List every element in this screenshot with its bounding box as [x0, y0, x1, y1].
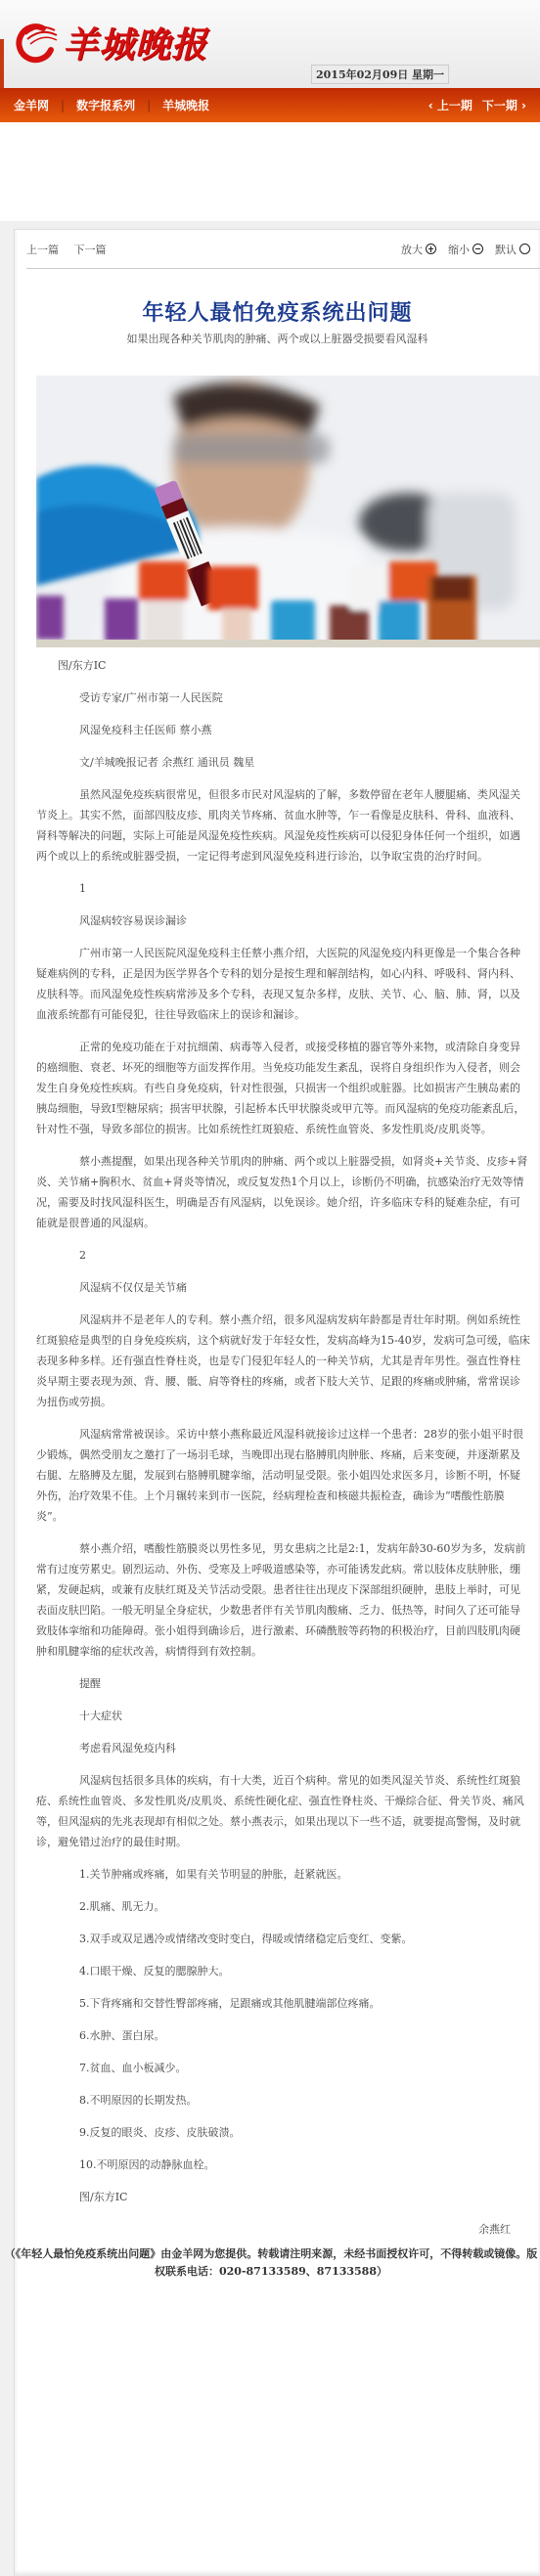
zoom-in-button[interactable]: 放大	[401, 242, 436, 257]
lab-photo-illustration	[36, 376, 540, 647]
paragraph: 蔡小燕提醒，如果出现各种关节肌肉的肿痛、两个或以上脏器受损，如肾炎+关节炎、皮疹…	[36, 1151, 530, 1233]
article-toolbar: 上一篇 下一篇 放大 缩小 默认	[26, 230, 540, 269]
next-issue-link[interactable]: 下一期 ›	[482, 97, 526, 113]
reset-size-button[interactable]: 默认	[495, 242, 530, 257]
nav-link-digital-series[interactable]: 数字报系列	[76, 97, 135, 113]
article-body: 图/东方IC 受访专家/广州市第一人民医院 风湿免疫科主任医师 蔡小燕 文/羊城…	[15, 655, 540, 2240]
zoom-in-label: 放大	[401, 242, 423, 257]
symptom-item: 1.关节肿痛或疼痛，如果有关节明显的肿胀，赶紧就医。	[36, 1864, 530, 1885]
symptom-item: 10.不明原因的动静脉血栓。	[36, 2154, 530, 2175]
photo-caption: 图/东方IC	[36, 655, 530, 676]
paragraph: 广州市第一人民医院风湿免疫科主任蔡小燕介绍，大医院的风湿免疫内科更像是一个集合各…	[36, 943, 530, 1025]
photo-credit: 图/东方IC	[36, 2187, 530, 2207]
nav-link-jinyang[interactable]: 金羊网	[14, 97, 49, 113]
plus-circle-icon	[426, 244, 436, 254]
article-author: 余燕红	[36, 2219, 530, 2240]
site-header: 羊城晚报 2015年02月09日 星期一	[0, 0, 540, 88]
zoom-out-button[interactable]: 缩小	[448, 242, 483, 257]
section-heading: 十大症状	[36, 1706, 530, 1726]
logo-text: 羊城晚报	[63, 18, 207, 67]
title-block: 年轻人最怕免疫系统出问题 如果出现各种关节肌肉的肿痛、两个或以上脏器受损要看风湿…	[15, 269, 540, 346]
paragraph: 风湿病常常被误诊。采访中蔡小燕称最近风湿科就接诊过这样一个患者：28岁的张小姐平…	[36, 1424, 530, 1527]
section-heading: 提醒	[36, 1673, 530, 1694]
symptom-item: 5.下背疼痛和交替性臀部疼痛，足跟痛或其他肌腱端部位疼痛。	[36, 1993, 530, 2014]
symptom-item: 9.反复的眼炎、皮疹、皮肤破溃。	[36, 2122, 530, 2143]
nav-divider: |	[147, 99, 151, 112]
issue-date: 2015年02月09日 星期一	[311, 65, 449, 84]
copyright-note: （《年轻人最怕免疫系统出问题》由金羊网为您提供。转载请注明来源，未经书面授权许可…	[0, 2245, 540, 2281]
header-whitespace	[0, 122, 540, 221]
paragraph: 风湿免疫科主任医师 蔡小燕	[36, 720, 530, 740]
paragraph: 受访专家/广州市第一人民医院	[36, 688, 530, 708]
symptom-item: 3.双手或双足遇冷或情绪改变时变白，得暖或情绪稳定后变红、变紫。	[36, 1929, 530, 1949]
paragraph: 风湿病包括很多具体的疾病，有十大类，近百个病种。常见的如类风湿关节炎、系统性红斑…	[36, 1770, 530, 1852]
section-heading: 考虑看风湿免疫内科	[36, 1738, 530, 1758]
symptom-item: 7.贫血、血小板减少。	[36, 2058, 530, 2078]
empty-circle-icon	[519, 244, 530, 254]
site-logo[interactable]: 羊城晚报	[14, 18, 207, 67]
symptom-item: 4.口眼干燥、反复的腮腺肿大。	[36, 1961, 530, 1981]
prev-article-link[interactable]: 上一篇	[26, 244, 59, 256]
section-number: 1	[36, 878, 530, 899]
logo-swirl-icon	[14, 21, 59, 66]
edge-tab	[0, 39, 4, 88]
article-title: 年轻人最怕免疫系统出问题	[15, 296, 540, 327]
nav-link-ycwb[interactable]: 羊城晚报	[162, 97, 209, 113]
minus-circle-icon	[472, 244, 483, 254]
paragraph: 正常的免疫功能在于对抗细菌、病毒等入侵者，或接受移植的器官等外来物，或清除自身变…	[36, 1037, 530, 1139]
symptom-item: 6.水肿、蛋白尿。	[36, 2025, 530, 2046]
article-container: 上一篇 下一篇 放大 缩小 默认 年轻人最怕免疫系统出问题 如果出现各种关节肌肉…	[14, 229, 540, 2576]
paragraph: 风湿病并不是老年人的专利。蔡小燕介绍，很多风湿病发病年龄都是青壮年时期。例如系统…	[36, 1310, 530, 1412]
reset-label: 默认	[495, 242, 517, 257]
next-article-link[interactable]: 下一篇	[74, 244, 107, 256]
top-navbar: 金羊网 | 数字报系列 | 羊城晚报 ‹ 上一期 下一期 ›	[0, 88, 540, 122]
paragraph: 蔡小燕介绍，嗜酸性筋膜炎以男性多见，男女患病之比是2:1，发病年龄30-60岁为…	[36, 1538, 530, 1662]
prev-issue-link[interactable]: ‹ 上一期	[428, 97, 472, 113]
article-photo	[36, 376, 540, 647]
page-gap	[0, 221, 540, 229]
section-heading: 风湿病不仅仅是关节痛	[36, 1277, 530, 1298]
zoom-out-label: 缩小	[448, 242, 470, 257]
symptom-item: 2.肌痛、肌无力。	[36, 1896, 530, 1917]
symptom-item: 8.不明原因的长期发热。	[36, 2090, 530, 2110]
section-heading: 风湿病较容易误诊漏诊	[36, 910, 530, 931]
paragraph: 文/羊城晚报记者 余燕红 通讯员 魏星	[36, 752, 530, 773]
nav-divider: |	[61, 99, 65, 112]
section-number: 2	[36, 1245, 530, 1266]
paragraph: 虽然风湿免疫疾病很常见，但很多市民对风湿病的了解，多数停留在老年人腰腿痛、类风湿…	[36, 784, 530, 866]
article-subtitle: 如果出现各种关节肌肉的肿痛、两个或以上脏器受损要看风湿科	[15, 331, 540, 346]
